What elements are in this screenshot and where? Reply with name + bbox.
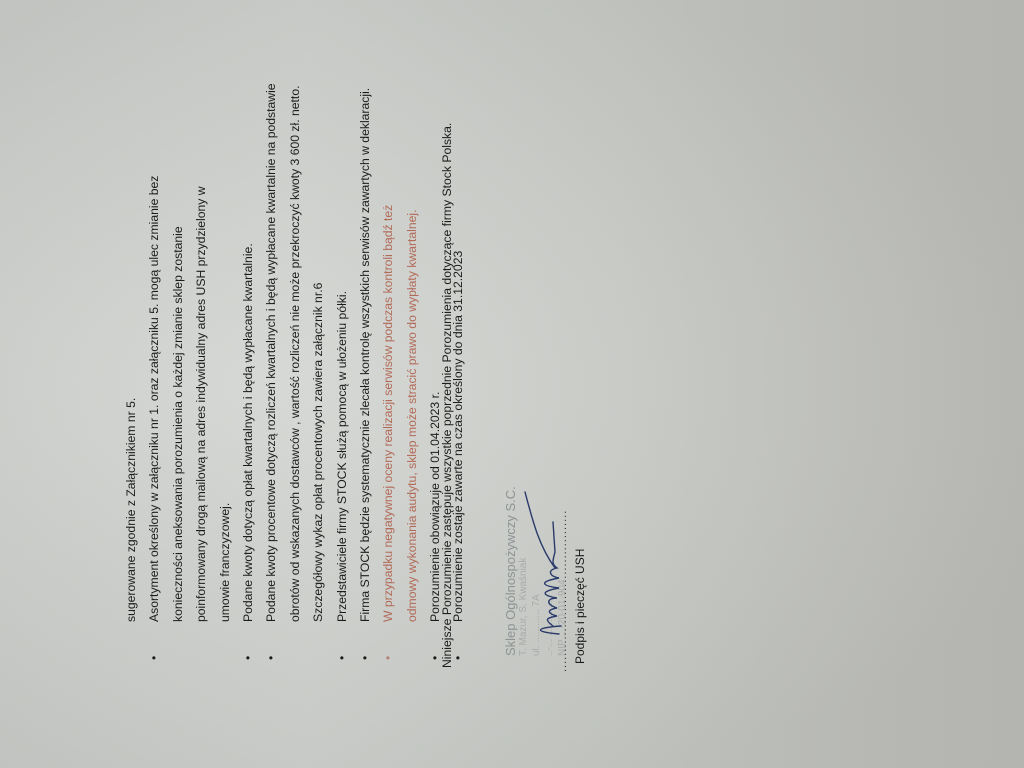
item-text: odmowy wykonania audytu, sklep może stra… [405,209,419,622]
item-text: Podane kwoty procentowe dotyczą rozlicze… [264,83,278,622]
item-text: W przypadku negatywnej oceny realizacji … [381,205,395,622]
agreement-bullet-list: sugerowane zgodnie z Załącznikiem nr 5.•… [120,0,471,668]
item-text: sugerowane zgodnie z Załącznikiem nr 5. [124,398,138,622]
bullet-continuation-line: sugerowane zgodnie z Załącznikiem nr 5. [120,0,143,668]
item-text: Asortyment określony w załączniku nr 1. … [147,176,161,622]
bullet-continuation-line: obrotów od wskazanych dostawców , wartoś… [284,0,307,668]
closing-statement: Niniejsze Porozumienie zastępuje wszystk… [440,123,454,668]
bullet-continuation-line: Szczegółowy wykaz opłat procentowych zaw… [307,0,330,668]
item-text: Podane kwoty dotyczą opłat kwartalnych i… [241,243,255,622]
item-text: obrotów od wskazanych dostawców , wartoś… [288,86,302,622]
bullet-icon: • [260,656,283,660]
bullet-icon: • [143,656,166,660]
bullet-icon: • [377,656,400,660]
signature-label: Podpis i pieczęć USH [573,549,587,664]
item-text: Szczegółowy wykaz opłat procentowych zaw… [311,283,325,622]
bullet-continuation-line: umowie franczyzowej. [214,0,237,668]
rotated-document-page: sugerowane zgodnie z Załącznikiem nr 5.•… [120,0,1024,768]
bullet-continuation-line: konieczności aneksowania porozumienia o … [167,0,190,668]
bullet-item: •W przypadku negatywnej oceny realizacji… [377,0,400,668]
item-text: umowie franczyzowej. [218,503,232,622]
bullet-item: •Firma STOCK będzie systematycznie zleca… [354,0,377,668]
bullet-item: •Przedstawiciele firmy STOCK służą pomoc… [331,0,354,668]
bullet-continuation-line: poinformowany drogą mailową na adres ind… [190,0,213,668]
item-text: Przedstawiciele firmy STOCK służą pomocą… [335,291,349,622]
item-text: Firma STOCK będzie systematycznie zlecał… [358,88,372,622]
item-text: poinformowany drogą mailową na adres ind… [194,186,208,622]
signature-block: Sklep Ogólnospożywczy S.C. T. Mazur, S. … [505,412,595,672]
bullet-continuation-line: odmowy wykonania audytu, sklep może stra… [401,0,424,668]
bullet-icon: • [237,656,260,660]
bullet-icon: • [354,656,377,660]
bullet-item: •Podane kwoty dotyczą opłat kwartalnych … [237,0,260,668]
bullet-item: •Asortyment określony w załączniku nr 1.… [143,0,166,668]
item-text: konieczności aneksowania porozumienia o … [171,226,185,622]
signature-dotted-line: ........................................ [557,510,569,672]
bullet-item: •Podane kwoty procentowe dotyczą rozlicz… [260,0,283,668]
bullet-icon: • [331,656,354,660]
